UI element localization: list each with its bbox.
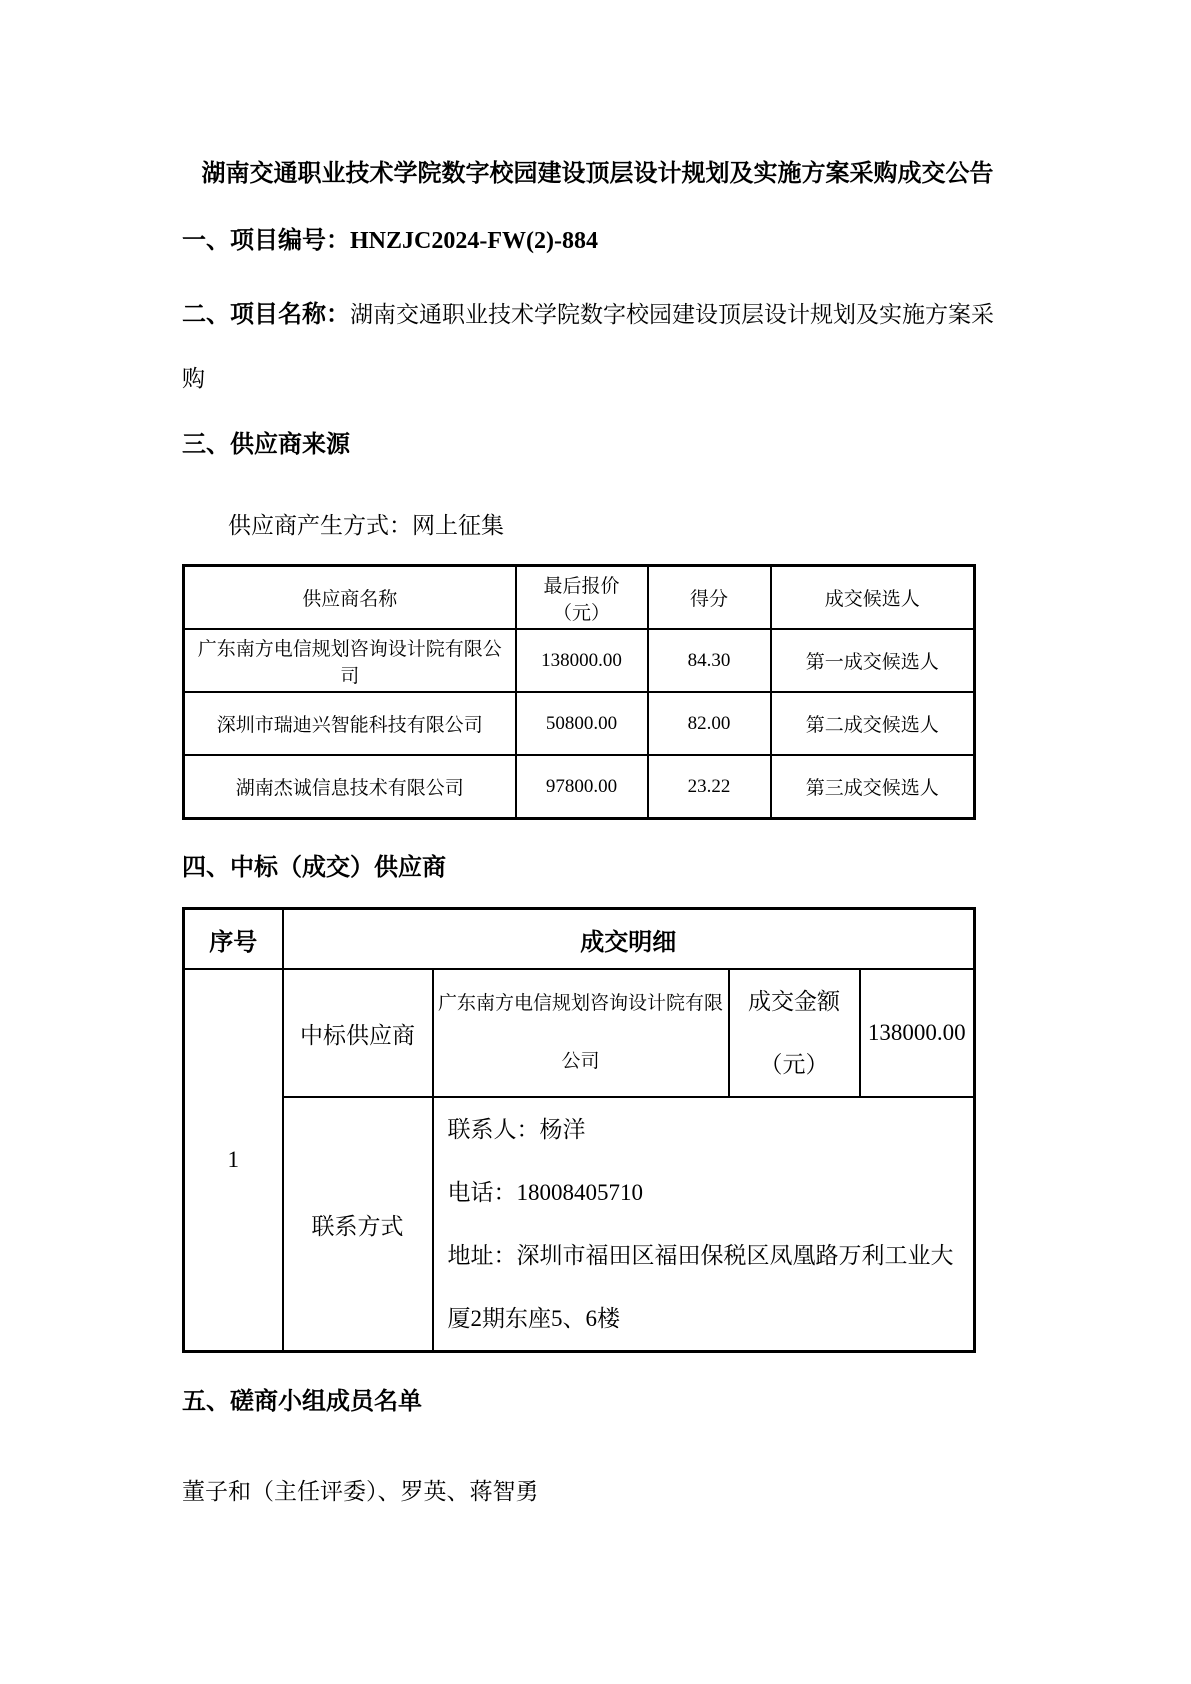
bid-price-cell: 50800.00	[516, 692, 648, 755]
contact-label-cell: 联系方式	[283, 1097, 433, 1352]
column-header-score: 得分	[648, 566, 771, 630]
contact-address-line: 地址：深圳市福田区福田保税区凤凰路万利工业大厦2期东座5、6楼	[448, 1224, 964, 1350]
index-header-cell: 序号	[184, 909, 283, 970]
project-number-label: 一、项目编号：	[182, 228, 350, 254]
award-contact-row: 联系方式 联系人：杨洋 电话：18008405710 地址：深圳市福田区福田保税…	[184, 1097, 975, 1352]
column-header-supplier-name: 供应商名称	[184, 566, 516, 630]
score-cell: 23.22	[648, 755, 771, 819]
bid-price-cell: 97800.00	[516, 755, 648, 819]
section-5-heading: 五、磋商小组成员名单	[182, 1388, 1013, 1417]
section-2-paragraph: 二、项目名称：湖南交通职业技术学院数字校园建设顶层设计规划及实施方案采购	[182, 283, 1013, 410]
score-cell: 82.00	[648, 692, 771, 755]
candidate-rank-cell: 第二成交候选人	[771, 692, 975, 755]
winner-label-cell: 中标供应商	[283, 969, 433, 1097]
project-number-value: HNZJC2024-FW(2)-884	[350, 228, 598, 254]
supplier-table-row: 广东南方电信规划咨询设计院有限公司 138000.00 84.30 第一成交候选…	[184, 629, 975, 692]
winner-name-cell: 广东南方电信规划咨询设计院有限公司	[433, 969, 729, 1097]
document-page: 湖南交通职业技术学院数字校园建设顶层设计规划及实施方案采购成交公告 一、项目编号…	[0, 0, 1191, 1684]
committee-members-line: 董子和（主任评委）、罗英、蒋智勇	[182, 1477, 1013, 1506]
candidate-rank-cell: 第一成交候选人	[771, 629, 975, 692]
section-3-heading: 三、供应商来源	[182, 431, 1013, 460]
detail-header-cell: 成交明细	[283, 909, 975, 970]
column-header-candidate: 成交候选人	[771, 566, 975, 630]
amount-label-cell: 成交金额（元）	[729, 969, 860, 1097]
supplier-table-header-row: 供应商名称 最后报价（元） 得分 成交候选人	[184, 566, 975, 630]
supplier-name-cell: 深圳市瑞迪兴智能科技有限公司	[184, 692, 516, 755]
award-table-header-row: 序号 成交明细	[184, 909, 975, 970]
supplier-table-row: 深圳市瑞迪兴智能科技有限公司 50800.00 82.00 第二成交候选人	[184, 692, 975, 755]
award-winner-row: 1 中标供应商 广东南方电信规划咨询设计院有限公司 成交金额（元） 138000…	[184, 969, 975, 1097]
bid-price-cell: 138000.00	[516, 629, 648, 692]
column-header-final-bid: 最后报价（元）	[516, 566, 648, 630]
document-title: 湖南交通职业技术学院数字校园建设顶层设计规划及实施方案采购成交公告	[182, 160, 1013, 189]
supplier-name-cell: 广东南方电信规划咨询设计院有限公司	[184, 629, 516, 692]
supplier-table-row: 湖南杰诚信息技术有限公司 97800.00 23.22 第三成交候选人	[184, 755, 975, 819]
award-table: 序号 成交明细 1 中标供应商 广东南方电信规划咨询设计院有限公司 成交金额（元…	[182, 907, 976, 1353]
contact-phone-line: 电话：18008405710	[448, 1161, 964, 1224]
supplier-method-line: 供应商产生方式：网上征集	[182, 511, 1013, 540]
candidate-rank-cell: 第三成交候选人	[771, 755, 975, 819]
amount-value-cell: 138000.00	[860, 969, 975, 1097]
project-name-label: 二、项目名称：	[182, 302, 350, 328]
score-cell: 84.30	[648, 629, 771, 692]
contact-person-line: 联系人：杨洋	[448, 1098, 964, 1161]
supplier-table: 供应商名称 最后报价（元） 得分 成交候选人 广东南方电信规划咨询设计院有限公司…	[182, 564, 976, 820]
supplier-name-cell: 湖南杰诚信息技术有限公司	[184, 755, 516, 819]
section-4-heading: 四、中标（成交）供应商	[182, 854, 1013, 883]
row-index-cell: 1	[184, 969, 283, 1352]
section-1-heading: 一、项目编号：HNZJC2024-FW(2)-884	[182, 227, 1013, 256]
contact-info-cell: 联系人：杨洋 电话：18008405710 地址：深圳市福田区福田保税区凤凰路万…	[433, 1097, 975, 1352]
